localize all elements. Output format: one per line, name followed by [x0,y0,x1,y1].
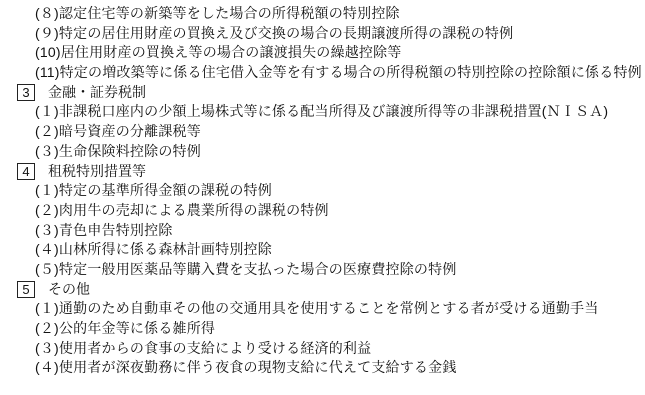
section-title: 金融・証券税制 [48,83,146,103]
section-number-box: 4 [17,163,35,180]
item-text: (３)青色申告特別控除 [35,221,173,241]
item-text: (11)特定の増改築等に係る住宅借入金等を有する場合の所得税額の特別控除の控除額… [35,63,642,83]
item-text: (５)特定一般用医薬品等購入費を支払った場合の医療費控除の特例 [35,260,457,280]
list-item: (２)公的年金等に係る雑所得 [0,319,645,339]
list-item: (10)居住用財産の買換え等の場合の譲渡損失の繰越控除等 [0,43,645,63]
item-text: (２)公的年金等に係る雑所得 [35,319,215,339]
list-item: (３)使用者からの食事の支給により受ける経済的利益 [0,339,645,359]
item-text: (１)通勤のため自動車その他の交通用具を使用することを常例とする者が受ける通勤手… [35,299,599,319]
list-item: (11)特定の増改築等に係る住宅借入金等を有する場合の所得税額の特別控除の控除額… [0,63,645,83]
item-text: (１)特定の基準所得金額の課税の特例 [35,181,272,201]
item-text: (３)使用者からの食事の支給により受ける経済的利益 [35,339,371,359]
section-heading: 4 租税特別措置等 [0,162,645,182]
item-text: (１)非課税口座内の少額上場株式等に係る配当所得及び譲渡所得等の非課税措置(ＮＩ… [35,102,608,122]
item-text: (３)生命保険料控除の特例 [35,142,201,162]
section-heading: 3 金融・証券税制 [0,83,645,103]
section-title: その他 [48,280,90,300]
list-item: (１)特定の基準所得金額の課税の特例 [0,181,645,201]
list-item: (４)山林所得に係る森林計画特別控除 [0,240,645,260]
item-text: (10)居住用財産の買換え等の場合の譲渡損失の繰越控除等 [35,43,402,63]
list-item: (３)生命保険料控除の特例 [0,142,645,162]
list-item: (４)使用者が深夜勤務に伴う夜食の現物支給に代えて支給する金銭 [0,358,645,378]
list-item: (９)特定の居住用財産の買換え及び交換の場合の長期譲渡所得の課税の特例 [0,24,645,44]
section-number-box: 3 [17,84,35,101]
list-item: (３)青色申告特別控除 [0,221,645,241]
list-item: (２)暗号資産の分離課税等 [0,122,645,142]
list-item: (８)認定住宅等の新築等をした場合の所得税額の特別控除 [0,4,645,24]
list-item: (１)非課税口座内の少額上場株式等に係る配当所得及び譲渡所得等の非課税措置(ＮＩ… [0,102,645,122]
item-text: (４)山林所得に係る森林計画特別控除 [35,240,272,260]
item-text: (２)暗号資産の分離課税等 [35,122,201,142]
item-text: (４)使用者が深夜勤務に伴う夜食の現物支給に代えて支給する金銭 [35,358,457,378]
list-item: (２)肉用牛の売却による農業所得の課税の特例 [0,201,645,221]
item-text: (９)特定の居住用財産の買換え及び交換の場合の長期譲渡所得の課税の特例 [35,24,513,44]
item-text: (８)認定住宅等の新築等をした場合の所得税額の特別控除 [35,4,400,24]
document-page: (８)認定住宅等の新築等をした場合の所得税額の特別控除 (９)特定の居住用財産の… [0,0,645,395]
section-heading: 5 その他 [0,280,645,300]
section-title: 租税特別措置等 [48,162,146,182]
list-item: (１)通勤のため自動車その他の交通用具を使用することを常例とする者が受ける通勤手… [0,299,645,319]
item-text: (２)肉用牛の売却による農業所得の課税の特例 [35,201,329,221]
list-item: (５)特定一般用医薬品等購入費を支払った場合の医療費控除の特例 [0,260,645,280]
section-number-box: 5 [17,281,35,298]
